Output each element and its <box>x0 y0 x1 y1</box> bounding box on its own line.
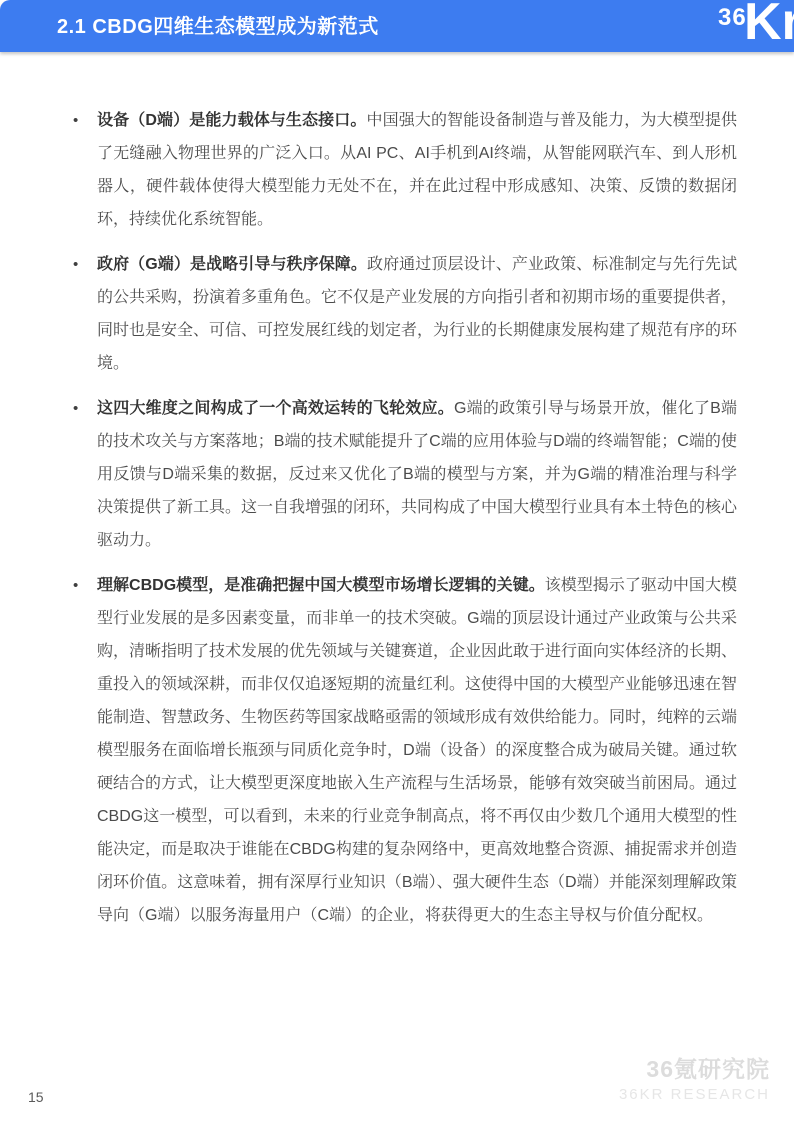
bullet-lead: 设备（D端）是能力载体与生态接口。 <box>97 112 366 129</box>
bullet-list: •设备（D端）是能力载体与生态接口。中国强大的智能设备制造与普及能力，为大模型提… <box>71 104 737 932</box>
report-page: 2.1 CBDG四维生态模型成为新范式 36 Kr •设备（D端）是能力载体与生… <box>0 0 794 1123</box>
bullet-body: 政府通过顶层设计、产业政策、标准制定与先行先试的公共采购，扮演着多重角色。它不仅… <box>97 256 737 372</box>
bullet-marker-icon: • <box>73 248 78 281</box>
bullet-marker-icon: • <box>73 392 78 425</box>
bullet-item-understanding-cbdg: •理解CBDG模型，是准确把握中国大模型市场增长逻辑的关键。该模型揭示了驱动中国… <box>71 569 737 932</box>
36kr-logo-letters: Kr <box>744 0 794 52</box>
bullet-item-flywheel: •这四大维度之间构成了一个高效运转的飞轮效应。G端的政策引导与场景开放，催化了B… <box>71 392 737 557</box>
footer-watermark: 36氪研究院 36KR RESEARCH <box>619 1051 770 1103</box>
section-header: 2.1 CBDG四维生态模型成为新范式 36 Kr <box>0 0 794 52</box>
bullet-body: 中国强大的智能设备制造与普及能力，为大模型提供了无缝融入物理世界的广泛入口。从A… <box>97 112 737 228</box>
bullet-body: 该模型揭示了驱动中国大模型行业发展的是多因素变量，而非单一的技术突破。G端的顶层… <box>97 577 737 924</box>
bullet-marker-icon: • <box>73 104 78 137</box>
watermark-chinese: 36氪研究院 <box>619 1051 770 1084</box>
bullet-lead: 这四大维度之间构成了一个高效运转的飞轮效应。 <box>97 400 454 417</box>
page-number: 15 <box>28 1089 44 1105</box>
bullet-item-device: •设备（D端）是能力载体与生态接口。中国强大的智能设备制造与普及能力，为大模型提… <box>71 104 737 236</box>
section-title: 2.1 CBDG四维生态模型成为新范式 <box>57 0 379 52</box>
bullet-lead: 政府（G端）是战略引导与秩序保障。 <box>97 256 367 273</box>
body-text: •设备（D端）是能力载体与生态接口。中国强大的智能设备制造与普及能力，为大模型提… <box>71 104 737 944</box>
bullet-marker-icon: • <box>73 569 78 602</box>
36kr-logo-number: 36 <box>718 4 747 32</box>
36kr-logo: 36 Kr <box>718 0 794 52</box>
bullet-lead: 理解CBDG模型，是准确把握中国大模型市场增长逻辑的关键。 <box>97 577 545 594</box>
bullet-item-government: •政府（G端）是战略引导与秩序保障。政府通过顶层设计、产业政策、标准制定与先行先… <box>71 248 737 380</box>
watermark-english: 36KR RESEARCH <box>619 1086 770 1103</box>
bullet-body: G端的政策引导与场景开放，催化了B端的技术攻关与方案落地；B端的技术赋能提升了C… <box>97 400 737 549</box>
